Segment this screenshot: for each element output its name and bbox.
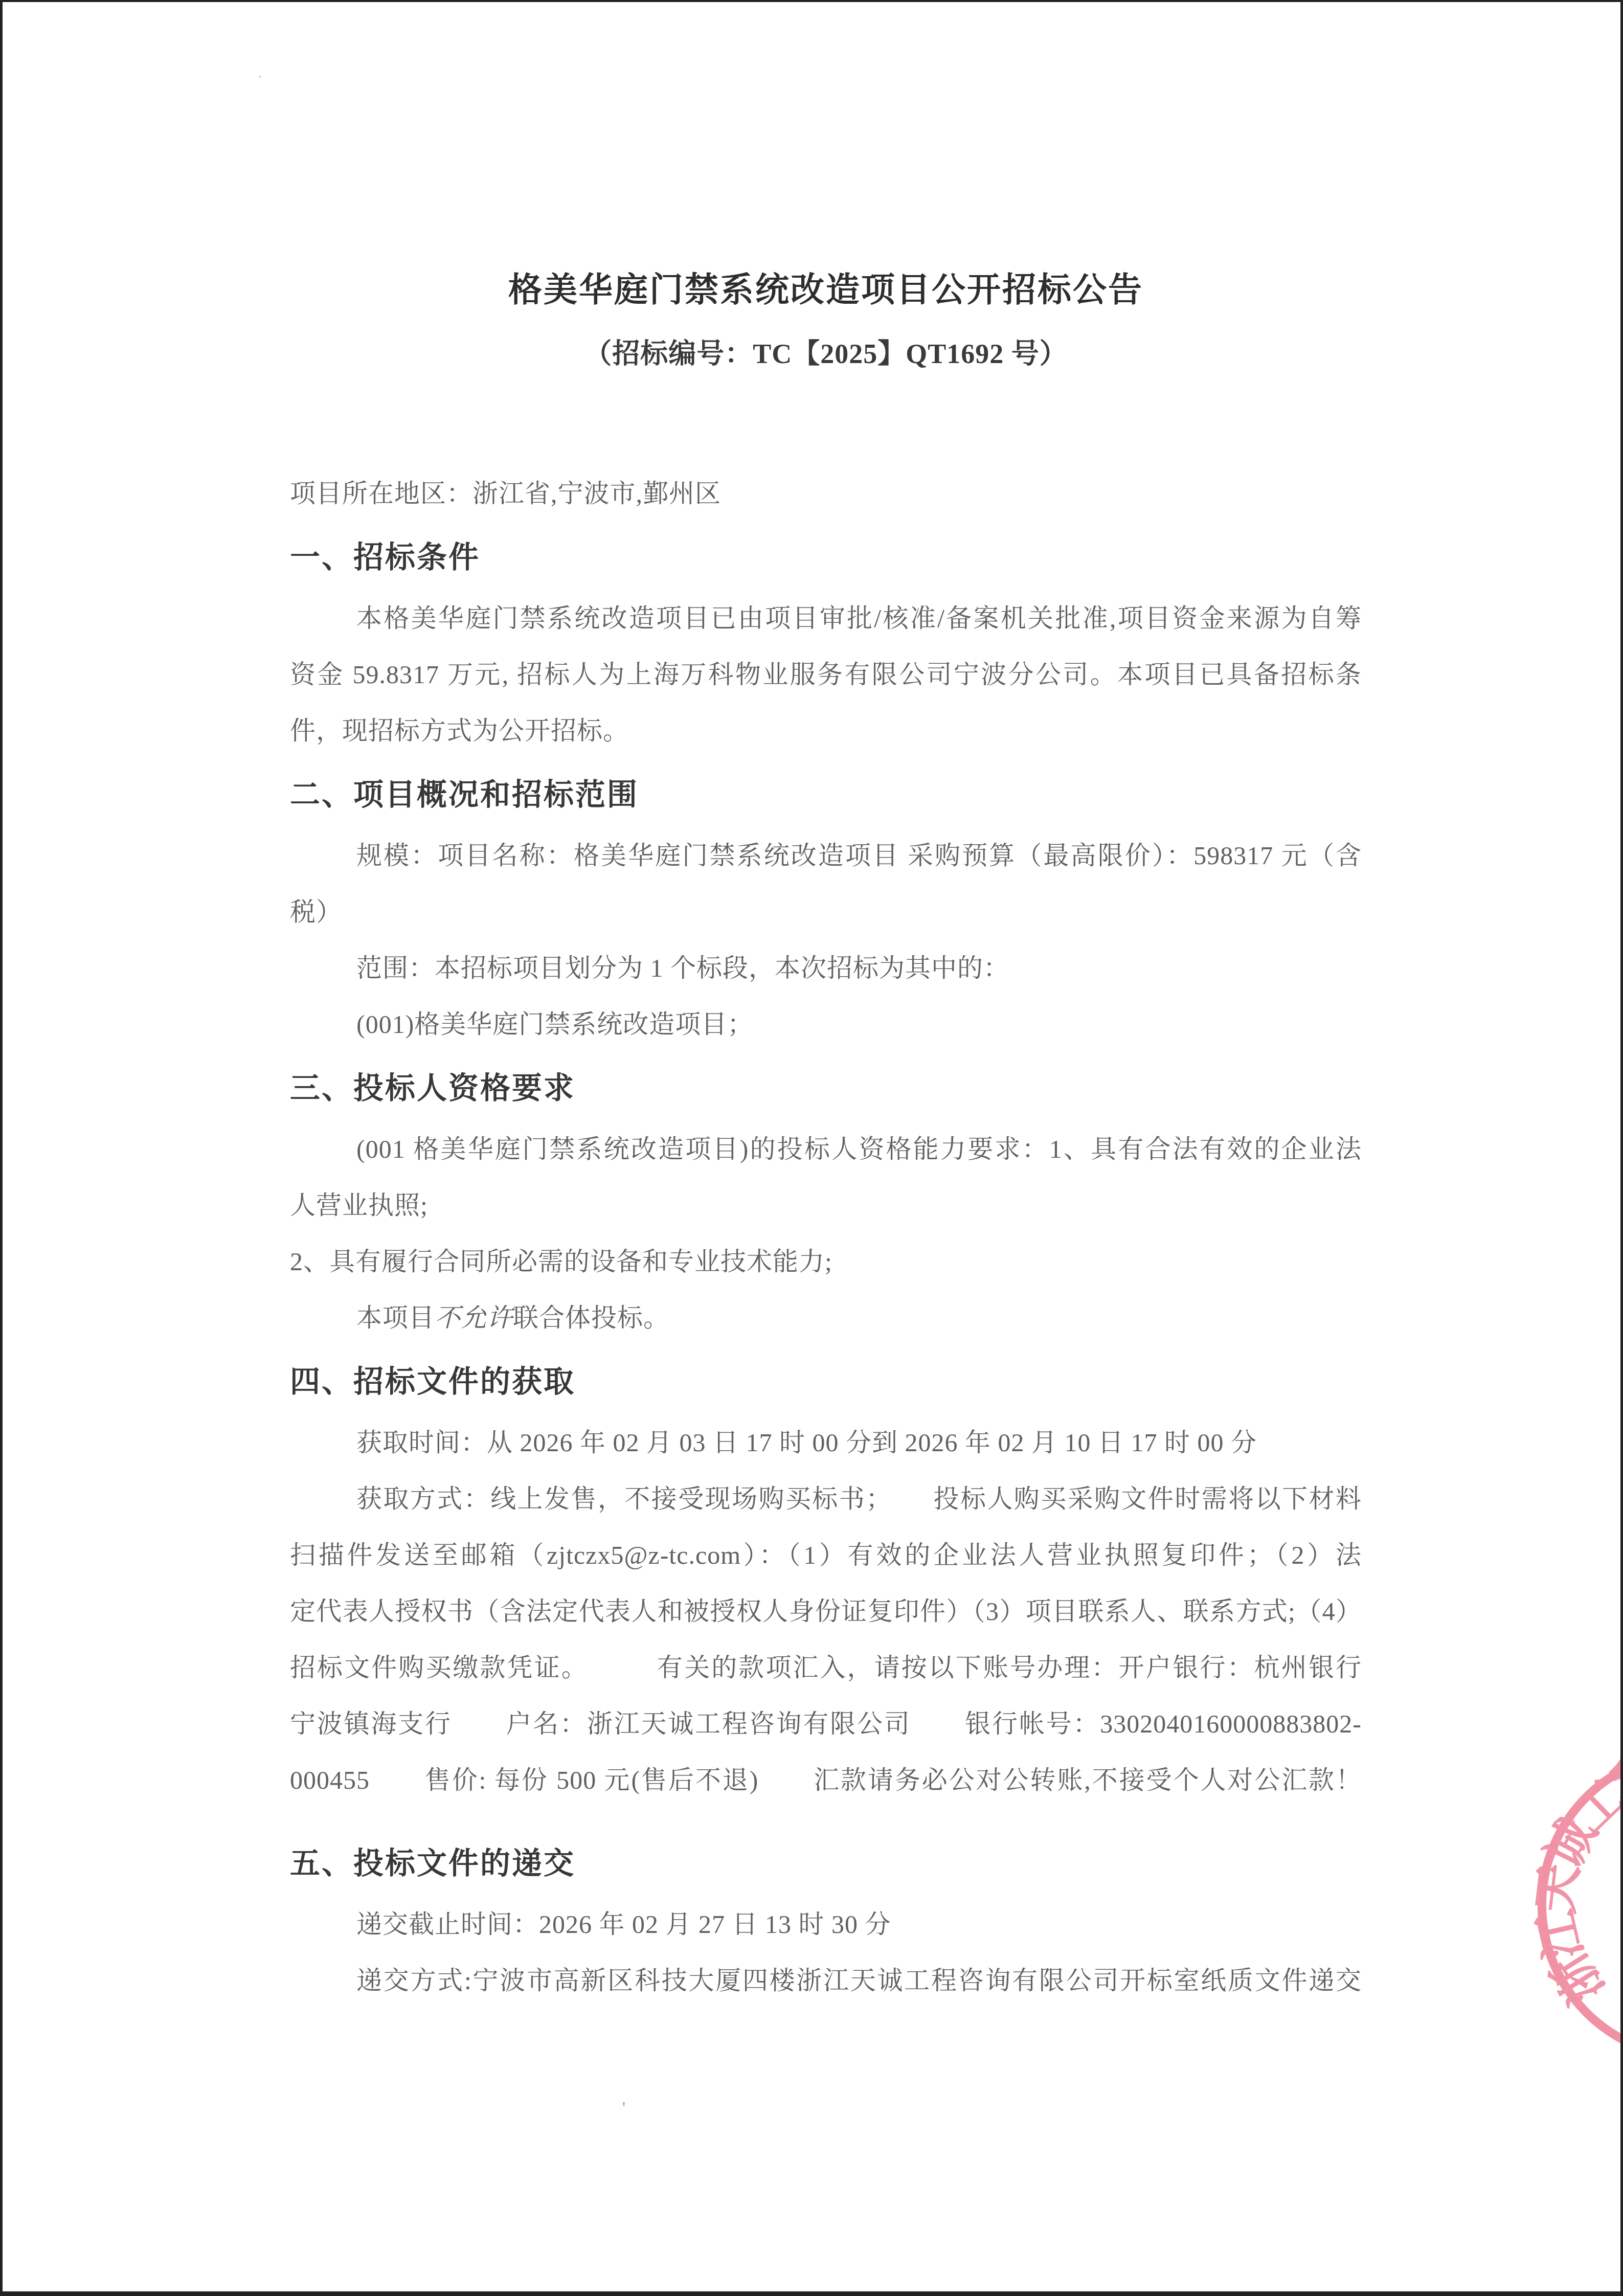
text-run: 定代表人授权书（含法定代表人和被授权人身份证复印件）（3）项目联系人、联系方式;… <box>290 1597 1362 1626</box>
document-line: (001 格美华庭门禁系统改造项目)的投标人资格能力要求：1、具有合法有效的企业… <box>290 1121 1362 1177</box>
document-line: 递交方式:宁波市高新区科技大厦四楼浙江天诚工程咨询有限公司开标室纸质文件递交 <box>290 1952 1362 2009</box>
document-line: 件，现招标方式为公开招标。 <box>290 703 1362 759</box>
text-run: 宁波镇海支行 户名：浙江天诚工程咨询有限公司 银行帐号：330204016000… <box>290 1709 1362 1738</box>
text-run: (001)格美华庭门禁系统改造项目； <box>356 1010 753 1039</box>
document-line: 规模：项目名称：格美华庭门禁系统改造项目 采购预算（最高限价）：598317 元… <box>290 827 1362 884</box>
tender-number: （招标编号：TC【2025】QT1692 号） <box>290 339 1362 369</box>
document-line: 获取时间：从 2026 年 02 月 03 日 17 时 00 分到 2026 … <box>290 1414 1362 1471</box>
text-run: 范围：本招标项目划分为 1 个标段，本次招标为其中的： <box>356 954 1009 982</box>
text-run: 三、投标人资格要求 <box>290 1071 575 1105</box>
text-run: 2、具有履行合同所必需的设备和专业技术能力; <box>290 1247 832 1276</box>
text-run: 税） <box>290 897 342 926</box>
document-line: 人营业执照; <box>290 1177 1362 1233</box>
document-line: (001)格美华庭门禁系统改造项目； <box>290 996 1362 1052</box>
text-run: 四、招标文件的获取 <box>290 1365 575 1399</box>
document-content: 格美华庭门禁系统改造项目公开招标公告 （招标编号：TC【2025】QT1692 … <box>290 2 1362 2009</box>
text-run: 本项目 <box>356 1303 435 1332</box>
text-run: (001 格美华庭门禁系统改造项目)的投标人资格能力要求：1、具有合法有效的企业… <box>356 1135 1362 1163</box>
scan-speck: ' <box>622 2099 625 2118</box>
text-run: 规模：项目名称：格美华庭门禁系统改造项目 采购预算（最高限价）：598317 元… <box>356 841 1362 870</box>
document-line: 本项目不允许联合体投标。 <box>290 1290 1362 1346</box>
document-line: 获取方式：线上发售，不接受现场购买标书； 投标人购买采购文件时需将以下材料 <box>290 1471 1362 1527</box>
text-run: 获取时间：从 2026 年 02 月 03 日 17 时 00 分到 2026 … <box>356 1428 1257 1457</box>
section-heading: 四、招标文件的获取 <box>290 1359 1362 1404</box>
document-line: 定代表人授权书（含法定代表人和被授权人身份证复印件）（3）项目联系人、联系方式;… <box>290 1583 1362 1639</box>
text-run: 扫描件发送至邮箱（zjtczx5@z-tc.com）：（1）有效的企业法人营业执… <box>290 1541 1362 1569</box>
document-line: 宁波镇海支行 户名：浙江天诚工程咨询有限公司 银行帐号：330204016000… <box>290 1696 1362 1752</box>
document-line: 范围：本招标项目划分为 1 个标段，本次招标为其中的： <box>290 940 1362 996</box>
document-line: 项目所在地区：浙江省,宁波市,鄞州区 <box>290 465 1362 522</box>
text-run: 人营业执照; <box>290 1191 428 1220</box>
document-line: 000455 售价: 每份 500 元(售后不退) 汇款请务必公对公转账,不接受… <box>290 1752 1362 1808</box>
section-heading: 二、项目概况和招标范围 <box>290 772 1362 817</box>
text-run: 招标文件购买缴款凭证。 有关的款项汇入，请按以下账号办理：开户银行：杭州银行 <box>290 1653 1362 1682</box>
text-run: 件，现招标方式为公开招标。 <box>290 716 629 745</box>
svg-text:浙江天诚工程咨询有限公司: 浙江天诚工程咨询有限公司 <box>1494 1703 1623 2018</box>
text-run: 000455 售价: 每份 500 元(售后不退) 汇款请务必公对公转账,不接受… <box>290 1766 1362 1794</box>
text-run: 递交方式:宁波市高新区科技大厦四楼浙江天诚工程咨询有限公司开标室纸质文件递交 <box>356 1966 1362 1995</box>
emphasized-text: 不允许 <box>435 1303 513 1332</box>
text-run: 五、投标文件的递交 <box>290 1847 575 1880</box>
text-run: 一、招标条件 <box>290 541 480 574</box>
document-page: 格美华庭门禁系统改造项目公开招标公告 （招标编号：TC【2025】QT1692 … <box>0 0 1623 2296</box>
document-line: 2、具有履行合同所必需的设备和专业技术能力; <box>290 1233 1362 1290</box>
document-line: 递交截止时间：2026 年 02 月 27 日 13 时 30 分 <box>290 1896 1362 1952</box>
document-title: 格美华庭门禁系统改造项目公开招标公告 <box>290 272 1362 309</box>
text-run: 联合体投标。 <box>513 1303 669 1332</box>
scan-speck: · <box>257 67 263 87</box>
text-run: 获取方式：线上发售，不接受现场购买标书； 投标人购买采购文件时需将以下材料 <box>356 1484 1362 1513</box>
document-line: 资金 59.8317 万元, 招标人为上海万科物业服务有限公司宁波分公司。本项目… <box>290 646 1362 703</box>
document-line: 扫描件发送至邮箱（zjtczx5@z-tc.com）：（1）有效的企业法人营业执… <box>290 1527 1362 1583</box>
document-body: 项目所在地区：浙江省,宁波市,鄞州区一、招标条件本格美华庭门禁系统改造项目已由项… <box>290 465 1362 2009</box>
text-run: 二、项目概况和招标范围 <box>290 778 639 812</box>
text-run: 项目所在地区：浙江省,宁波市,鄞州区 <box>290 479 721 508</box>
red-seal-stamp: 浙江天诚工程咨询有限公司 <box>1482 1692 1623 2118</box>
document-line: 本格美华庭门禁系统改造项目已由项目审批/核准/备案机关批准,项目资金来源为自筹 <box>290 590 1362 646</box>
text-run: 递交截止时间：2026 年 02 月 27 日 13 时 30 分 <box>356 1910 891 1939</box>
seal-text: 浙江天诚工程咨询有限公司 <box>1494 1703 1623 2018</box>
section-heading: 一、招标条件 <box>290 535 1362 580</box>
section-heading: 五、投标文件的递交 <box>290 1841 1362 1886</box>
text-run: 资金 59.8317 万元, 招标人为上海万科物业服务有限公司宁波分公司。本项目… <box>290 660 1362 689</box>
document-line: 税） <box>290 884 1362 940</box>
section-heading: 三、投标人资格要求 <box>290 1066 1362 1111</box>
text-run: 本格美华庭门禁系统改造项目已由项目审批/核准/备案机关批准,项目资金来源为自筹 <box>356 604 1362 633</box>
document-line: 招标文件购买缴款凭证。 有关的款项汇入，请按以下账号办理：开户银行：杭州银行 <box>290 1639 1362 1696</box>
